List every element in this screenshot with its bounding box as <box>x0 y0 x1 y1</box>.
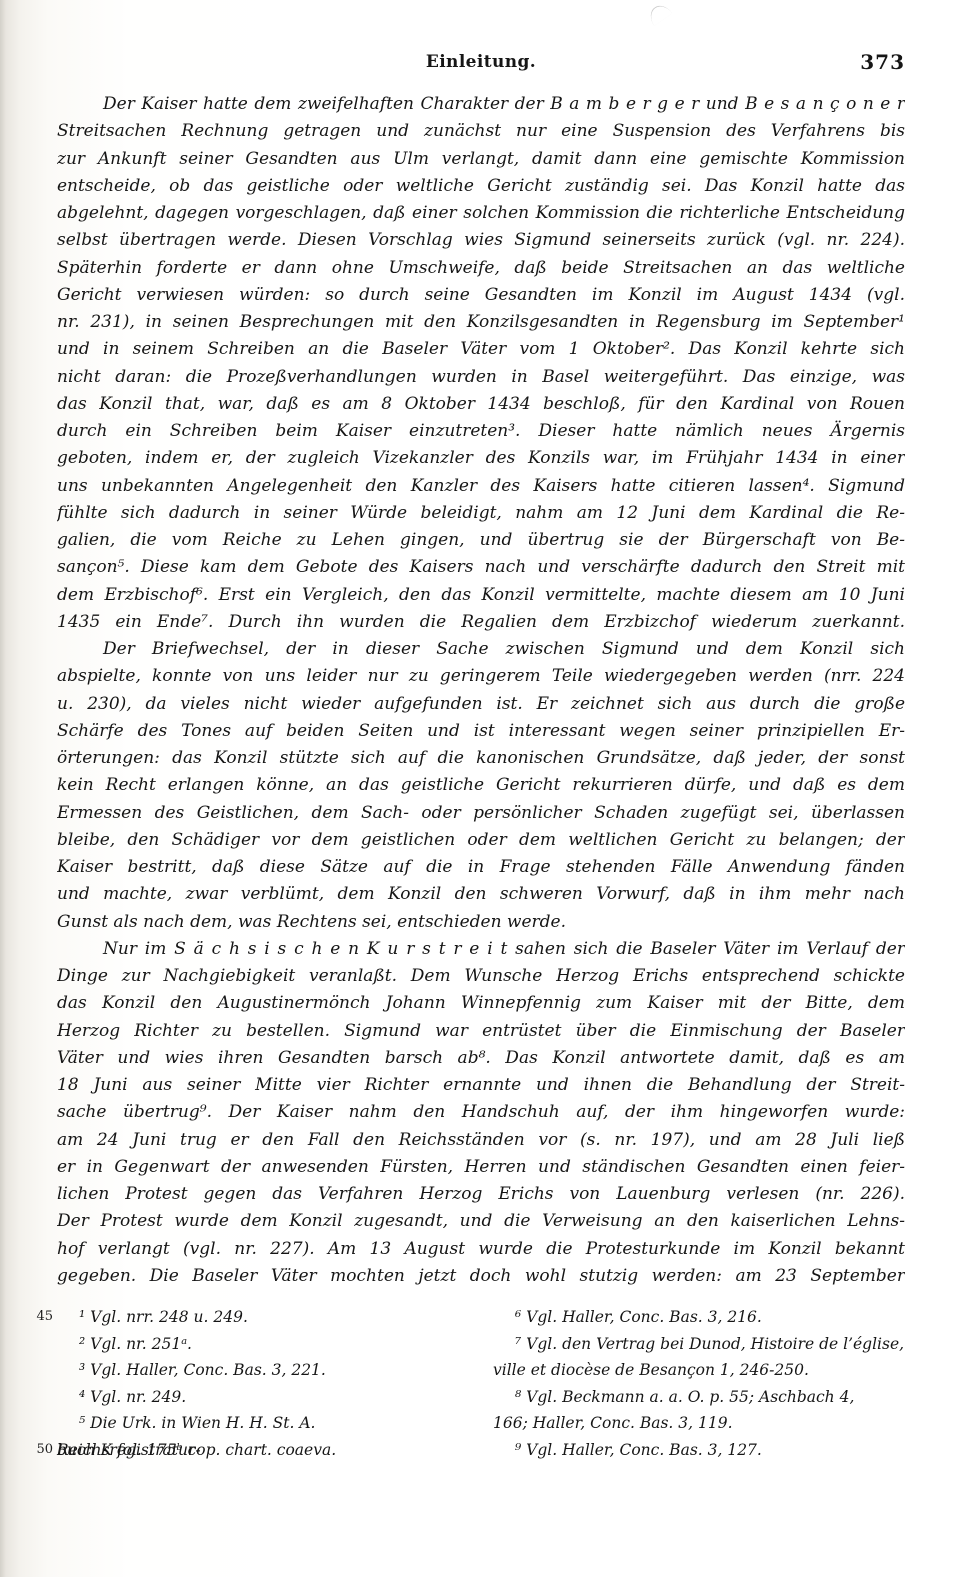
body-text-line: sache übertrug⁹. Der Kaiser nahm den Han… <box>57 1099 905 1126</box>
line-text: uns unbekannten Angelegenheit den Kanzle… <box>57 476 905 496</box>
body-text-line: Der Protest wurde dem Konzil zugesandt, … <box>57 1208 905 1235</box>
footnote-line: ⁷ Vgl. den Vertrag bei Dunod, Histoire d… <box>493 1331 905 1358</box>
body-text-line: 15uns unbekannten Angelegenheit den Kanz… <box>57 473 905 500</box>
line-text: ⁸ Vgl. Beckmann a. a. O. p. 55; Aschbach… <box>515 1388 854 1406</box>
line-text: sache übertrug⁹. Der Kaiser nahm den Han… <box>57 1102 905 1122</box>
footnote-line: ville et diocèse de Besançon 1, 246-250. <box>493 1357 905 1384</box>
line-text: durch ein Schreiben beim Kaiser einzutre… <box>57 421 905 441</box>
body-text-line: galien, die vom Reiche zu Lehen gingen, … <box>57 527 905 554</box>
scan-artifact-mark <box>646 1 673 26</box>
line-text: buch K fol. 175ᵇ cop. chart. coaeva. <box>57 1441 336 1459</box>
footnotes-block: 45¹ Vgl. nrr. 248 u. 249.² Vgl. nr. 251ᵃ… <box>57 1304 905 1464</box>
line-text: ⁹ Vgl. Haller, Conc. Bas. 3, 127. <box>515 1441 762 1459</box>
body-text-line: Gunst als nach dem, was Rechtens sei, en… <box>57 909 905 936</box>
body-text-line: bleibe, den Schädiger vor dem geistliche… <box>57 827 905 854</box>
line-text: 166; Haller, Conc. Bas. 3, 119. <box>493 1414 733 1432</box>
body-text-line: geboten, indem er, der zugleich Vizekanz… <box>57 445 905 472</box>
line-text: ⁷ Vgl. den Vertrag bei Dunod, Histoire d… <box>515 1335 904 1353</box>
body-text-line: Späterhin forderte er dann ohne Umschwei… <box>57 255 905 282</box>
body-text-line: fühlte sich dadurch in seiner Würde bele… <box>57 500 905 527</box>
body-text-line: 30und machte, zwar verblümt, dem Konzil … <box>57 881 905 908</box>
line-text: Der Kaiser hatte dem zweifelhaften Chara… <box>103 94 905 114</box>
line-text: geboten, indem er, der zugleich Vizekanz… <box>57 448 905 468</box>
line-text: ¹ Vgl. nrr. 248 u. 249. <box>79 1308 248 1326</box>
line-text: Nur im S ä c h s i s c h e n K u r s t r… <box>103 939 905 959</box>
body-text-line: das Konzil that, war, daß es am 8 Oktobe… <box>57 391 905 418</box>
line-text: bleibe, den Schädiger vor dem geistliche… <box>57 830 905 850</box>
body-text-line: 5abgelehnt, dagegen vorgeschlagen, daß e… <box>57 200 905 227</box>
line-text: das Konzil den Augustinermönch Johann Wi… <box>57 993 905 1013</box>
line-text: dem Erzbischof⁶. Erst ein Vergleich, den… <box>57 585 905 605</box>
footnote-line: 166; Haller, Conc. Bas. 3, 119. <box>493 1410 905 1437</box>
line-text: Gericht verwiesen würden: so durch seine… <box>57 285 905 305</box>
footnote-line: ⁶ Vgl. Haller, Conc. Bas. 3, 216. <box>493 1304 905 1331</box>
line-text: Kaiser bestritt, daß diese Sätze auf die… <box>57 857 905 877</box>
line-text: 1435 ein Ende⁷. Durch ihn wurden die Reg… <box>57 612 905 632</box>
line-text: ville et diocèse de Besançon 1, 246-250. <box>493 1361 809 1379</box>
line-text: Schärfe des Tones auf beiden Seiten und … <box>57 721 905 741</box>
line-text: Ermessen des Geistlichen, dem Sach- oder… <box>57 803 905 823</box>
footnotes-left-column: 45¹ Vgl. nrr. 248 u. 249.² Vgl. nr. 251ᵃ… <box>57 1304 459 1464</box>
body-text-line: 40er in Gegenwart der anwesenden Fürsten… <box>57 1154 905 1181</box>
body-text-line: 201435 ein Ende⁷. Durch ihn wurden die R… <box>57 609 905 636</box>
line-text: Gunst als nach dem, was Rechtens sei, en… <box>57 912 566 932</box>
body-text-line: Der Kaiser hatte dem zweifelhaften Chara… <box>57 91 905 118</box>
line-text: ⁶ Vgl. Haller, Conc. Bas. 3, 216. <box>515 1308 762 1326</box>
body-text-block: Der Kaiser hatte dem zweifelhaften Chara… <box>57 91 905 1290</box>
line-text: Dinge zur Nachgiebigkeit veranlaßt. Dem … <box>57 966 905 986</box>
line-text: nr. 231), in seinen Besprechungen mit de… <box>57 312 905 332</box>
body-text-line: Dinge zur Nachgiebigkeit veranlaßt. Dem … <box>57 963 905 990</box>
body-text-line: Kaiser bestritt, daß diese Sätze auf die… <box>57 854 905 881</box>
body-text-line: gegeben. Die Baseler Väter mochten jetzt… <box>57 1263 905 1290</box>
footnote-line: ⁹ Vgl. Haller, Conc. Bas. 3, 127. <box>493 1437 905 1464</box>
body-text-line: durch ein Schreiben beim Kaiser einzutre… <box>57 418 905 445</box>
body-text-line: selbst übertragen werde. Diesen Vorschla… <box>57 227 905 254</box>
footnote-line: ³ Vgl. Haller, Conc. Bas. 3, 221. <box>57 1357 459 1384</box>
line-text: Streitsachen Rechnung getragen und zunäc… <box>57 121 905 141</box>
line-text: Späterhin forderte er dann ohne Umschwei… <box>57 258 905 278</box>
line-text: fühlte sich dadurch in seiner Würde bele… <box>57 503 905 523</box>
line-text: Väter und wies ihren Gesandten barsch ab… <box>57 1048 905 1068</box>
footnote-line: ⁴ Vgl. nr. 249. <box>57 1384 459 1411</box>
scanned-page: Einleitung. 373 Der Kaiser hatte dem zwe… <box>0 0 960 1577</box>
body-text-line: Streitsachen Rechnung getragen und zunäc… <box>57 118 905 145</box>
line-text: er in Gegenwart der anwesenden Fürsten, … <box>57 1157 905 1177</box>
line-text: örterungen: das Konzil stützte sich auf … <box>57 748 905 768</box>
body-text-line: nicht daran: die Prozeßverhandlungen wur… <box>57 364 905 391</box>
body-text-line: Der Briefwechsel, der in dieser Sache zw… <box>57 636 905 663</box>
line-text: abspielte, konnte von uns leider nur zu … <box>57 666 905 686</box>
line-text: und machte, zwar verblümt, dem Konzil de… <box>57 884 905 904</box>
body-text-line: lichen Protest gegen das Verfahren Herzo… <box>57 1181 905 1208</box>
line-text: 18 Juni aus seiner Mitte vier Richter er… <box>57 1075 905 1095</box>
body-text-line: am 24 Juni trug er den Fall den Reichsst… <box>57 1127 905 1154</box>
line-text: sançon⁵. Diese kam dem Gebote des Kaiser… <box>57 557 905 577</box>
body-text-line: 25örterungen: das Konzil stützte sich au… <box>57 745 905 772</box>
body-text-line: Gericht verwiesen würden: so durch seine… <box>57 282 905 309</box>
body-text-line: u. 230), da vieles nicht wieder aufgefun… <box>57 691 905 718</box>
body-text-line: Väter und wies ihren Gesandten barsch ab… <box>57 1045 905 1072</box>
line-text: galien, die vom Reiche zu Lehen gingen, … <box>57 530 905 550</box>
body-text-line: Schärfe des Tones auf beiden Seiten und … <box>57 718 905 745</box>
line-text: ² Vgl. nr. 251ᵃ. <box>79 1335 192 1353</box>
footnote-line: ² Vgl. nr. 251ᵃ. <box>57 1331 459 1358</box>
line-text: gegeben. Die Baseler Väter mochten jetzt… <box>57 1266 905 1286</box>
margin-line-number: 50 <box>31 1437 53 1464</box>
body-text-line: sançon⁵. Diese kam dem Gebote des Kaiser… <box>57 554 905 581</box>
body-text-line: 18 Juni aus seiner Mitte vier Richter er… <box>57 1072 905 1099</box>
line-text: kein Recht erlangen könne, an das geistl… <box>57 775 905 795</box>
line-text: Der Protest wurde dem Konzil zugesandt, … <box>57 1211 905 1231</box>
footnotes-right-column: ⁶ Vgl. Haller, Conc. Bas. 3, 216.⁷ Vgl. … <box>493 1304 905 1464</box>
line-text: am 24 Juni trug er den Fall den Reichsst… <box>57 1130 905 1150</box>
line-text: ⁴ Vgl. nr. 249. <box>79 1388 186 1406</box>
line-text: hof verlangt (vgl. nr. 227). Am 13 Augus… <box>57 1239 905 1259</box>
section-title: Einleitung. <box>57 52 905 72</box>
page-number: 373 <box>860 50 905 74</box>
line-text: ³ Vgl. Haller, Conc. Bas. 3, 221. <box>79 1361 326 1379</box>
line-text: Der Briefwechsel, der in dieser Sache zw… <box>103 639 905 659</box>
body-text-line: abspielte, konnte von uns leider nur zu … <box>57 663 905 690</box>
line-text: lichen Protest gegen das Verfahren Herzo… <box>57 1184 905 1204</box>
line-text: das Konzil that, war, daß es am 8 Oktobe… <box>57 394 905 414</box>
body-text-line: das Konzil den Augustinermönch Johann Wi… <box>57 990 905 1017</box>
body-text-line: dem Erzbischof⁶. Erst ein Vergleich, den… <box>57 582 905 609</box>
body-text-line: 10und in seinem Schreiben an die Baseler… <box>57 336 905 363</box>
body-text-line: zur Ankunft seiner Gesandten aus Ulm ver… <box>57 146 905 173</box>
body-text-line: Nur im S ä c h s i s c h e n K u r s t r… <box>57 936 905 963</box>
footnote-line: ⁸ Vgl. Beckmann a. a. O. p. 55; Aschbach… <box>493 1384 905 1411</box>
line-text: nicht daran: die Prozeßverhandlungen wur… <box>57 367 905 387</box>
body-text-line: kein Recht erlangen könne, an das geistl… <box>57 772 905 799</box>
line-text: und in seinem Schreiben an die Baseler V… <box>57 339 905 359</box>
body-text-line: hof verlangt (vgl. nr. 227). Am 13 Augus… <box>57 1236 905 1263</box>
body-text-line: Ermessen des Geistlichen, dem Sach- oder… <box>57 800 905 827</box>
footnote-line: 50buch K fol. 175ᵇ cop. chart. coaeva. <box>57 1437 459 1464</box>
line-text: selbst übertragen werde. Diesen Vorschla… <box>57 230 905 250</box>
line-text: zur Ankunft seiner Gesandten aus Ulm ver… <box>57 149 905 169</box>
body-text-line: nr. 231), in seinen Besprechungen mit de… <box>57 309 905 336</box>
line-text: Herzog Richter zu bestellen. Sigmund war… <box>57 1021 905 1041</box>
body-text-line: entscheide, ob das geistliche oder weltl… <box>57 173 905 200</box>
line-text: u. 230), da vieles nicht wieder aufgefun… <box>57 694 905 714</box>
body-text-line: 35Herzog Richter zu bestellen. Sigmund w… <box>57 1018 905 1045</box>
line-text: entscheide, ob das geistliche oder weltl… <box>57 176 905 196</box>
footnote-line: 45¹ Vgl. nrr. 248 u. 249. <box>57 1304 459 1331</box>
line-text: abgelehnt, dagegen vorgeschlagen, daß ei… <box>57 203 905 223</box>
margin-line-number: 45 <box>31 1304 53 1331</box>
footnote-line: ⁵ Die Urk. in Wien H. H. St. A. Reichsre… <box>57 1410 459 1437</box>
page-header: Einleitung. 373 <box>57 50 905 80</box>
